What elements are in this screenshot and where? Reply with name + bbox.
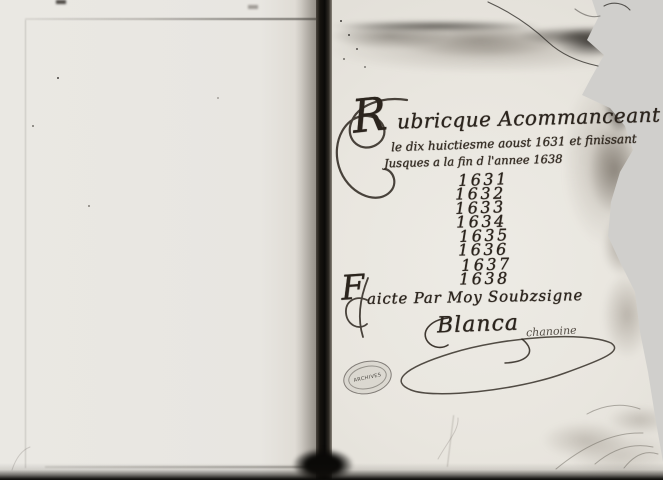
thread-hairline-short: [604, 3, 630, 10]
attestation-line: aicte Par Moy Soubzsigne: [367, 286, 583, 308]
left-page-side-edge: [25, 20, 26, 468]
signature-title: chanoine: [526, 324, 577, 340]
ink-specks-right: [340, 20, 342, 22]
bottom-shadow-band: [0, 463, 663, 480]
left-page-top-edge: [25, 18, 317, 20]
archives-stamp-inner-ring: ARCHIVES: [346, 362, 389, 393]
paper-crease: [447, 415, 454, 467]
spine-shadow: [295, 0, 317, 480]
title-initial: R: [349, 86, 389, 143]
book-spine: [316, 0, 332, 480]
ink-specks-left: [57, 77, 59, 79]
signature-name: Blanca: [437, 311, 520, 339]
bottom-right-smudge: [500, 385, 663, 475]
left-page: [0, 0, 317, 480]
attestation-initial: F: [340, 267, 366, 309]
top-edge-marks: [56, 0, 66, 4]
year-entry: 1638: [459, 269, 510, 289]
archives-stamp-text: ARCHIVES: [353, 372, 382, 384]
manuscript-scan: R ubricque Acommanceant le dix huictiesm…: [0, 0, 663, 480]
